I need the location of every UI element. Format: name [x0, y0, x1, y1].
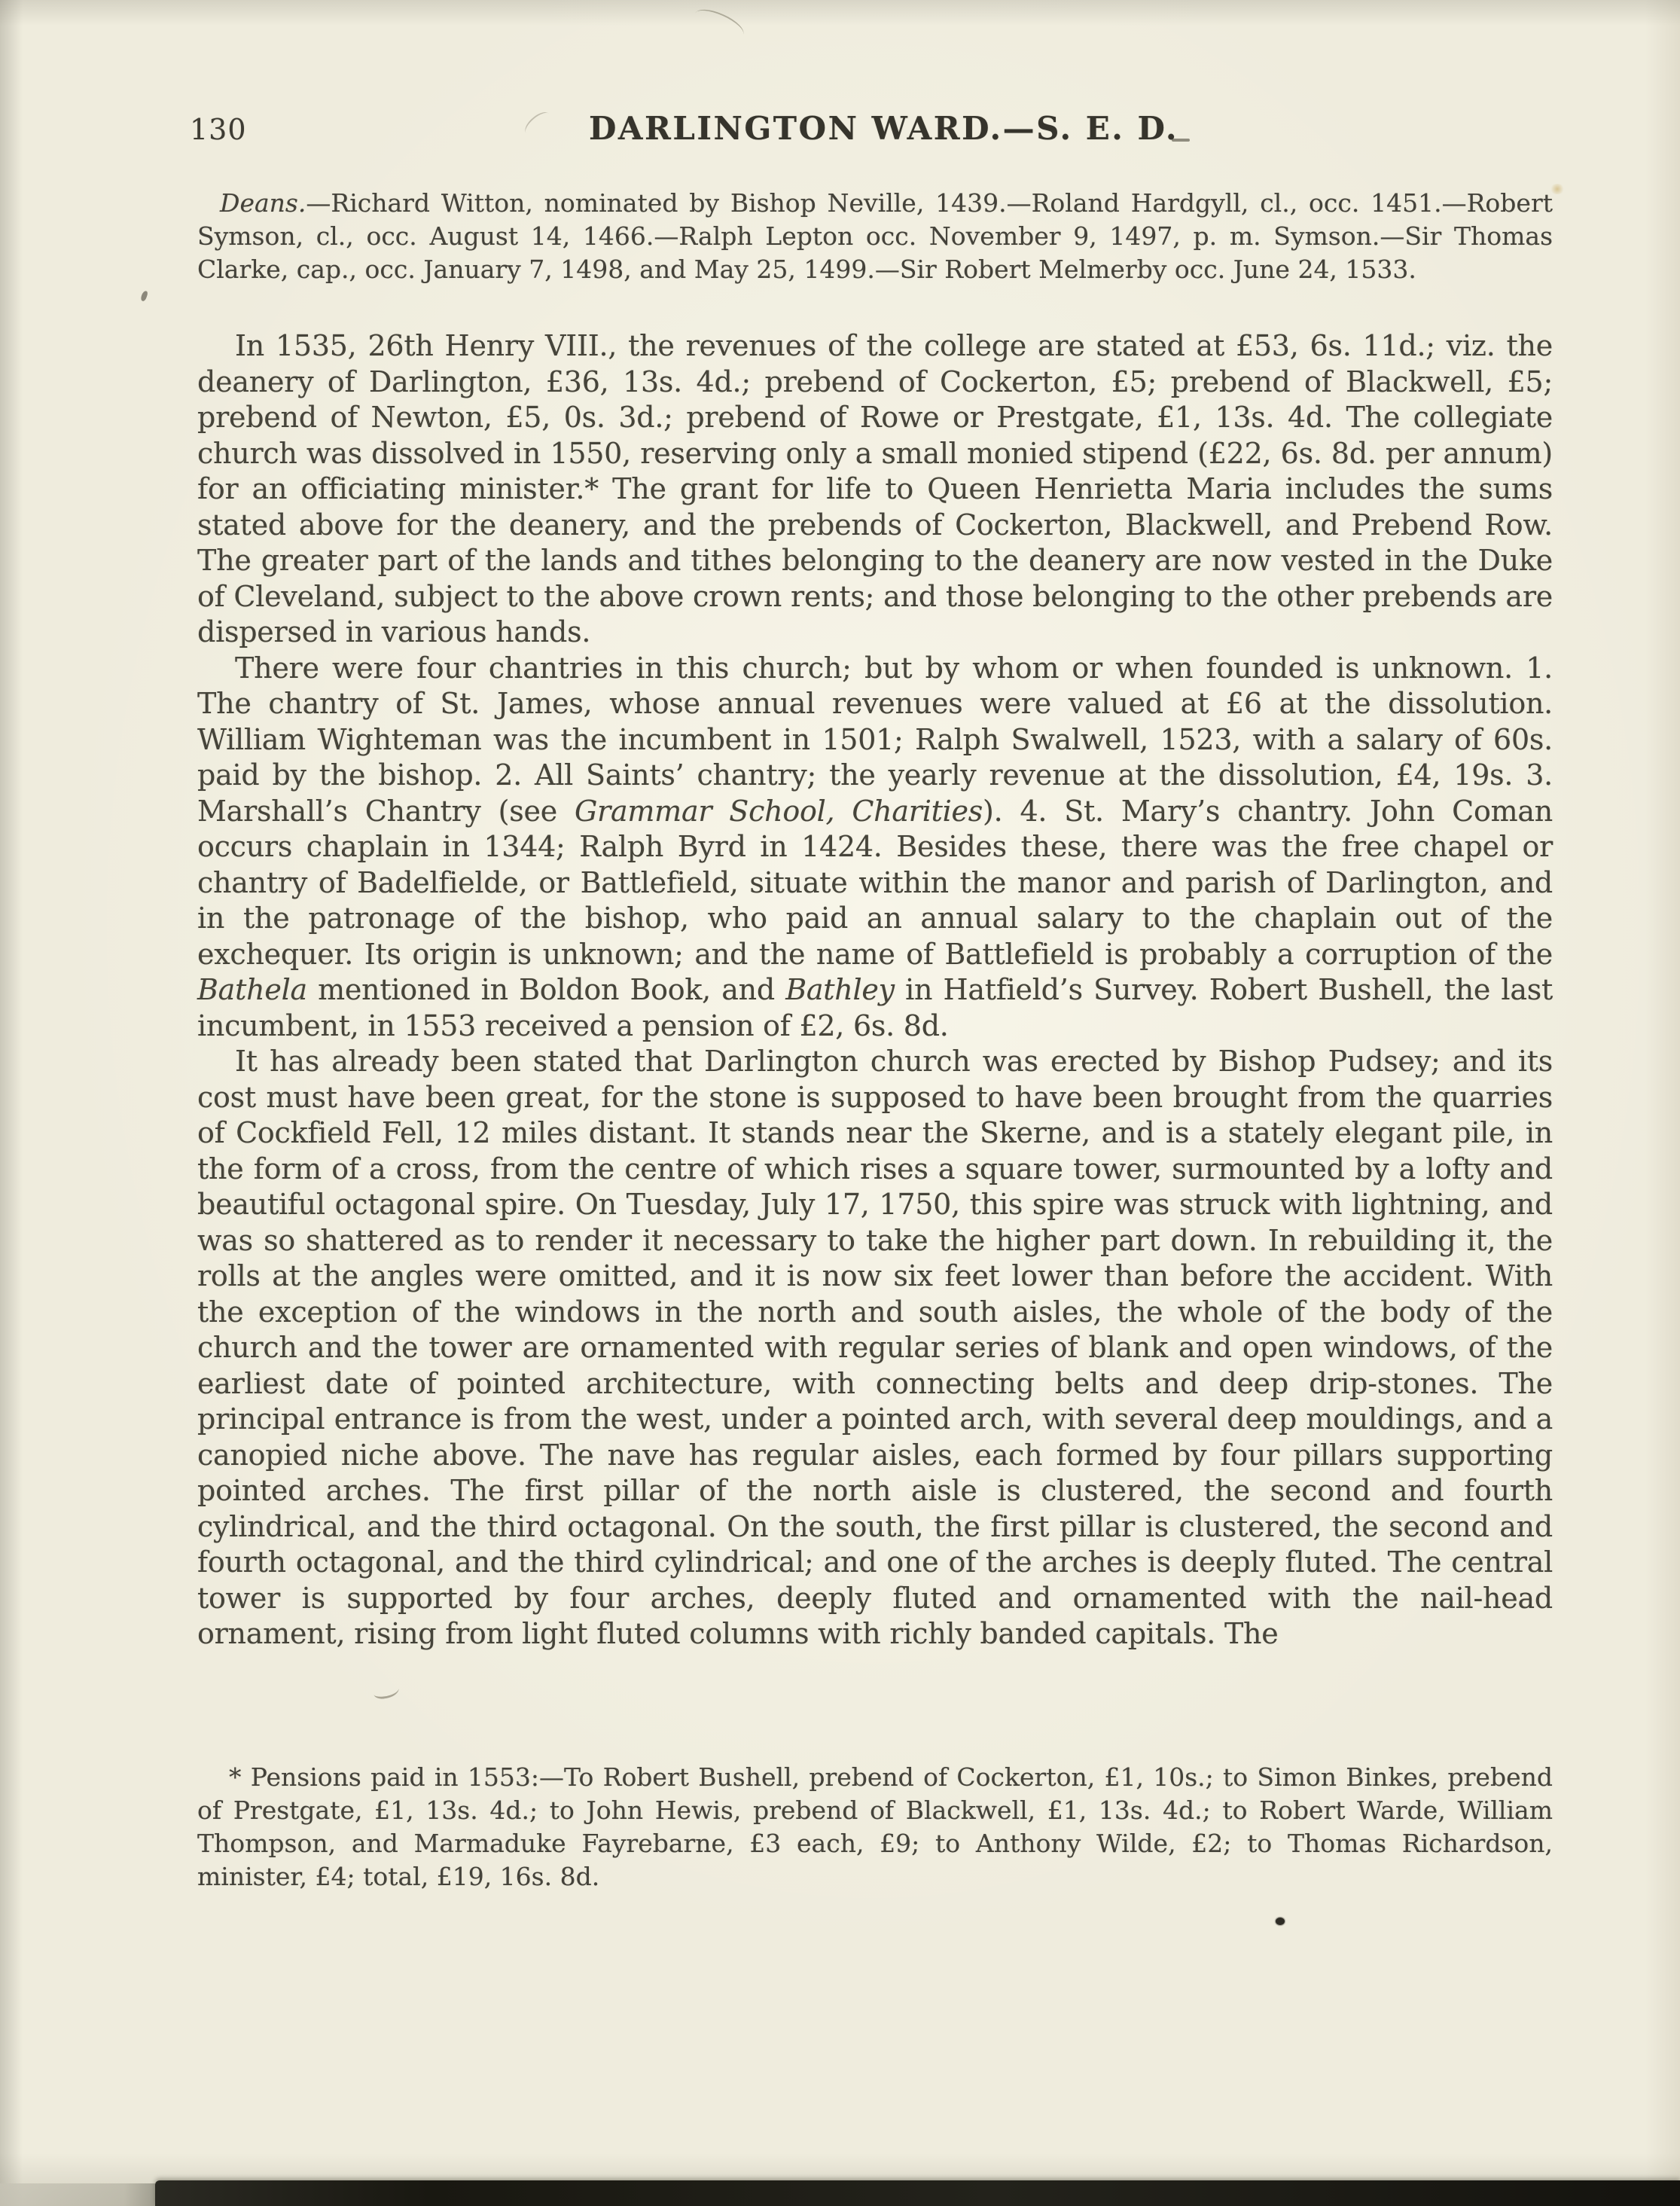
paragraph-pensions-footnote: * Pensions paid in 1553:—To Robert Bushe…: [197, 1761, 1553, 1893]
book-page-scan: 130 DARLINGTON WARD.—S. E. D. Deans.—Ric…: [0, 0, 1680, 2206]
paragraph-church-building: It has already been stated that Darlingt…: [197, 1044, 1553, 1652]
page-header: 130 DARLINGTON WARD.—S. E. D.: [0, 110, 1680, 155]
ink-dot-bottom-right: [1276, 1918, 1285, 1925]
ink-speck-left-margin: [140, 290, 148, 301]
paragraph-revenues-1535: In 1535, 26th Henry VIII., the revenues …: [197, 328, 1553, 651]
scan-fiber: [691, 4, 747, 44]
running-title: DARLINGTON WARD.—S. E. D.: [44, 110, 1680, 147]
paragraph-chantries: There were four chantries in this church…: [197, 651, 1553, 1045]
scan-edge-strip: [155, 2180, 1680, 2206]
footnote-block: * Pensions paid in 1553:—To Robert Bushe…: [197, 1761, 1553, 1893]
scan-squiggle-mark: [373, 1683, 400, 1701]
scan-bottom-corner: [0, 2183, 155, 2206]
text-block: Deans.—Richard Witton, nominated by Bish…: [197, 187, 1553, 1652]
paragraph-deans: Deans.—Richard Witton, nominated by Bish…: [197, 187, 1553, 286]
